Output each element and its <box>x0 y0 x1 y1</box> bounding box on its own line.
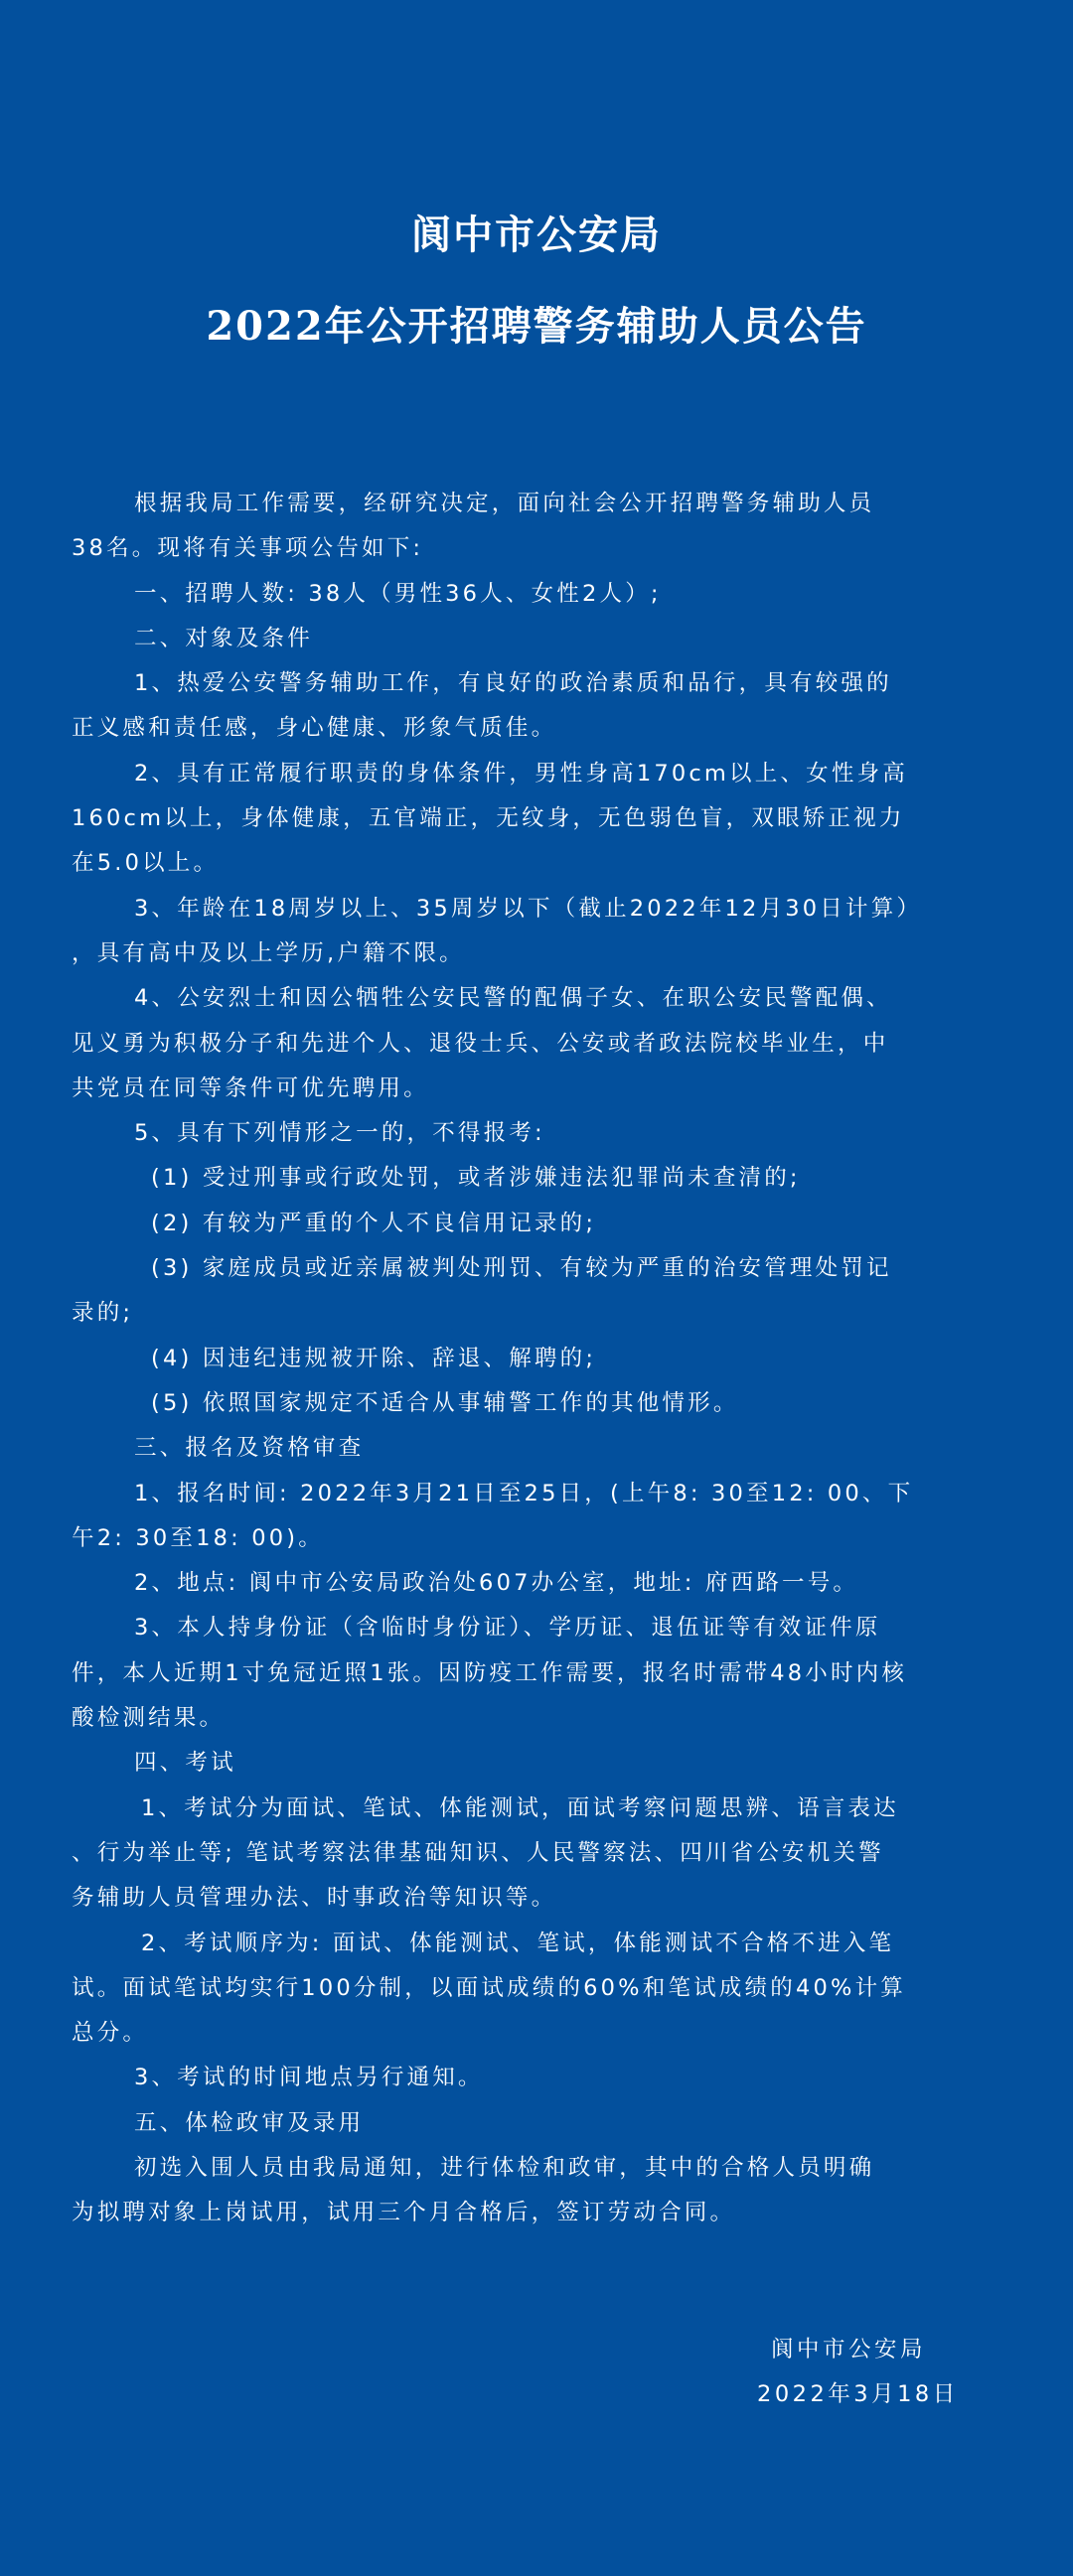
page-title-issuer: 阆中市公安局 <box>0 204 1073 260</box>
body-line: 酸检测结果。 <box>72 1696 1003 1741</box>
list-item-exclusion: (4) 因违纪违规被开除、辞退、解聘的; <box>72 1337 1003 1381</box>
body-line: 1、考试分为面试、笔试、体能测试，面试考察问题思辨、语言表达 <box>72 1787 1003 1831</box>
body-line: 试。面试笔试均实行100分制，以面试成绩的60%和笔试成绩的40%计算 <box>72 1966 1003 2011</box>
body-line: 正义感和责任感，身心健康、形象气质佳。 <box>72 706 1003 751</box>
body-line: 2、地点: 阆中市公安局政治处607办公室，地址: 府西路一号。 <box>72 1561 1003 1606</box>
list-item-exclusion: (1) 受过刑事或行政处罚，或者涉嫌违法犯罪尚未查清的; <box>72 1156 1003 1201</box>
body-line: 共党员在同等条件可优先聘用。 <box>72 1067 1003 1111</box>
body-line: 为拟聘对象上岗试用，试用三个月合格后，签订劳动合同。 <box>72 2191 1003 2235</box>
section-heading-registration: 三、报名及资格审查 <box>72 1426 1003 1471</box>
body-line: 4、公安烈士和因公牺牲公安民警的配偶子女、在职公安民警配偶、 <box>72 976 1003 1021</box>
section-heading-hiring: 五、体检政审及录用 <box>72 2101 1003 2146</box>
page-title-announcement: 2022年公开招聘警务辅助人员公告 <box>0 295 1073 352</box>
body-line: 3、本人持身份证（含临时身份证）、学历证、退伍证等有效证件原 <box>72 1606 1003 1650</box>
body-line: 在5.0以上。 <box>72 841 1003 886</box>
body-line: 见义勇为积极分子和先进个人、退役士兵、公安或者政法院校毕业生，中 <box>72 1022 1003 1067</box>
body-line: 、行为举止等; 笔试考察法律基础知识、人民警察法、四川省公安机关警 <box>72 1831 1003 1876</box>
body-line: 2、考试顺序为: 面试、体能测试、笔试，体能测试不合格不进入笔 <box>72 1922 1003 1966</box>
list-item-exclusion: (2) 有较为严重的个人不良信用记录的; <box>72 1202 1003 1246</box>
body-line: 3、考试的时间地点另行通知。 <box>72 2056 1003 2100</box>
body-line: 1、报名时间: 2022年3月21日至25日，(上午8: 30至12: 00、下 <box>72 1472 1003 1516</box>
body-line: 初选入围人员由我局通知，进行体检和政审，其中的合格人员明确 <box>72 2146 1003 2191</box>
body-line: 3、年龄在18周岁以上、35周岁以下（截止2022年12月30日计算） <box>72 887 1003 931</box>
body-line: 务辅助人员管理办法、时事政治等知识等。 <box>72 1876 1003 1921</box>
signature-issuer: 阆中市公安局 <box>771 2332 926 2363</box>
body-line: 1、热爱公安警务辅助工作，有良好的政治素质和品行，具有较强的 <box>72 661 1003 706</box>
section-heading-recruit-count: 一、招聘人数: 38人（男性36人、女性2人）; <box>72 572 1003 617</box>
body-line: 根据我局工作需要，经研究决定，面向社会公开招聘警务辅助人员 <box>72 482 1003 526</box>
body-line: 午2: 30至18: 00)。 <box>72 1516 1003 1561</box>
body-line: ，具有高中及以上学历,户籍不限。 <box>72 931 1003 976</box>
body-line: 件，本人近期1寸免冠近照1张。因防疫工作需要，报名时需带48小时内核 <box>72 1651 1003 1696</box>
body-line: 2、具有正常履行职责的身体条件，男性身高170cm以上、女性身高 <box>72 752 1003 796</box>
body-line: 5、具有下列情形之一的，不得报考: <box>72 1111 1003 1156</box>
list-item-exclusion: (3) 家庭成员或近亲属被判处刑罚、有较为严重的治安管理处罚记 <box>72 1246 1003 1291</box>
body-line: 录的; <box>72 1291 1003 1336</box>
announcement-body: 根据我局工作需要，经研究决定，面向社会公开招聘警务辅助人员 38名。现将有关事项… <box>72 482 1003 2236</box>
body-line: 38名。现将有关事项公告如下: <box>72 526 1003 571</box>
list-item-exclusion: (5) 依照国家规定不适合从事辅警工作的其他情形。 <box>72 1381 1003 1426</box>
section-heading-conditions: 二、对象及条件 <box>72 617 1003 661</box>
signature-date: 2022年3月18日 <box>757 2376 959 2408</box>
section-heading-exam: 四、考试 <box>72 1741 1003 1786</box>
body-line: 160cm以上，身体健康，五官端正，无纹身，无色弱色盲，双眼矫正视力 <box>72 796 1003 841</box>
body-line: 总分。 <box>72 2011 1003 2056</box>
